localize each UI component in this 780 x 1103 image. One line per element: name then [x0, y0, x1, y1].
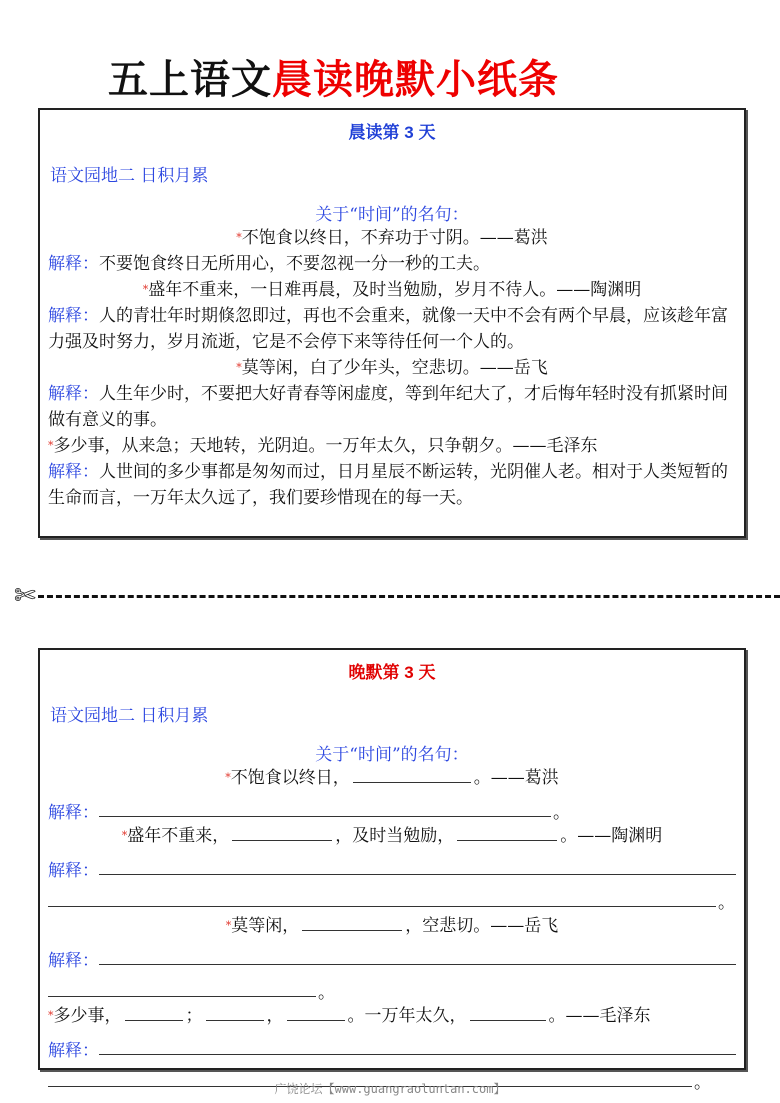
- answer-line[interactable]: [99, 1054, 736, 1055]
- subheading: 关于“时间”的名句：: [40, 740, 744, 765]
- answer-line[interactable]: [99, 816, 551, 817]
- page-title: 五上语文晨读晚默小纸条: [0, 48, 780, 105]
- footer-watermark: 广饶论坛【www.guangraoluntan.com】: [0, 1080, 780, 1097]
- quote-3: *莫等闲，白了少年头，空悲切。——岳飞: [40, 355, 744, 381]
- section-heading: 语文园地二 日积月累: [50, 161, 744, 186]
- quote-4: *多少事，从来急；天地转，光阴迫。一万年太久，只争朝夕。——毛泽东: [40, 433, 744, 459]
- morning-card-title: 晨读第 3 天: [40, 118, 744, 143]
- answer-blank[interactable]: [232, 823, 332, 841]
- answer-blank[interactable]: [125, 1003, 183, 1021]
- evening-card-title: 晚默第 3 天: [40, 658, 744, 683]
- fill-quote-1: *不饱食以终日，。——葛洪: [40, 765, 744, 791]
- fill-quote-3: *莫等闲，，空悲切。——岳飞: [40, 913, 744, 939]
- answer-blank[interactable]: [302, 913, 402, 931]
- answer-blank[interactable]: [353, 765, 471, 783]
- scissors-icon: ✄: [14, 583, 36, 609]
- cut-line: ✄: [14, 584, 780, 608]
- subheading: 关于“时间”的名句：: [40, 200, 744, 225]
- explain-blank-1: 解释：。: [40, 791, 744, 823]
- title-main: 晨读晚默小纸条: [272, 57, 559, 103]
- answer-line[interactable]: [48, 996, 316, 997]
- answer-line[interactable]: [48, 906, 716, 907]
- explain-blank-2: 解释：: [40, 849, 744, 881]
- answer-blank[interactable]: [457, 823, 557, 841]
- fill-quote-4: *多少事，；，。一万年太久，。——毛泽东: [40, 1003, 744, 1029]
- morning-reading-card: 晨读第 3 天 语文园地二 日积月累 关于“时间”的名句： *不饱食以终日，不弃…: [38, 108, 746, 538]
- title-grade: 五上语文: [108, 57, 272, 103]
- explain-3: 解释：人生年少时，不要把大好青春等闲虚度，等到年纪大了，才后悔年轻时没有抓紧时间…: [40, 381, 744, 433]
- answer-blank[interactable]: [470, 1003, 546, 1021]
- fill-quote-2: *盛年不重来，，及时当勉励，。——陶渊明: [40, 823, 744, 849]
- answer-line[interactable]: [99, 964, 736, 965]
- answer-blank[interactable]: [206, 1003, 264, 1021]
- explain-blank-4: 解释：: [40, 1029, 744, 1061]
- explain-4: 解释：人世间的多少事都是匆匆而过，日月星辰不断运转，光阴催人老。相对于人类短暂的…: [40, 459, 744, 511]
- explain-blank-3b: 。: [40, 971, 744, 1003]
- answer-line[interactable]: [99, 874, 736, 875]
- explain-blank-3: 解释：: [40, 939, 744, 971]
- explain-2: 解释：人的青壮年时期倏忽即过，再也不会重来，就像一天中不会有两个早晨，应该趁年富…: [40, 303, 744, 355]
- explain-1: 解释：不要饱食终日无所用心，不要忽视一分一秒的工夫。: [40, 251, 744, 277]
- quote-2: *盛年不重来，一日难再晨，及时当勉励，岁月不待人。——陶渊明: [40, 277, 744, 303]
- dashed-divider: [38, 595, 780, 598]
- section-heading: 语文园地二 日积月累: [50, 701, 744, 726]
- answer-blank[interactable]: [287, 1003, 345, 1021]
- quote-1: *不饱食以终日，不弃功于寸阴。——葛洪: [40, 225, 744, 251]
- evening-dictation-card: 晚默第 3 天 语文园地二 日积月累 关于“时间”的名句： *不饱食以终日，。—…: [38, 648, 746, 1070]
- explain-blank-2b: 。: [40, 881, 744, 913]
